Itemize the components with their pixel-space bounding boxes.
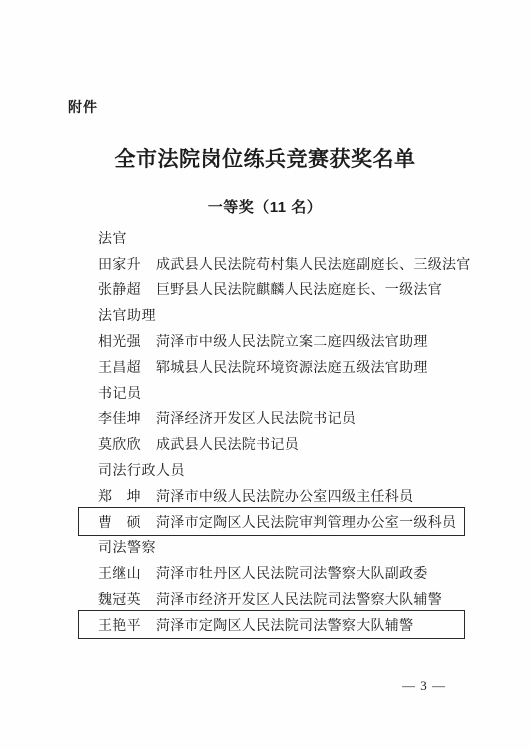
winner-position: 菏泽经济开发区人民法院书记员: [156, 408, 356, 428]
category-label: 法官: [98, 225, 478, 251]
category-label: 法官助理: [98, 302, 478, 328]
winner-name: 王继山: [98, 563, 141, 583]
award-entry: 莫欣欣成武县人民法院书记员: [98, 431, 478, 457]
award-entry: 魏冠英菏泽市经济开发区人民法院司法警察大队辅警: [98, 586, 478, 612]
winner-position: 成武县人民法院书记员: [156, 434, 299, 454]
winner-position: 菏泽市中级人民法院立案二庭四级法官助理: [156, 331, 428, 351]
winner-position: 菏泽市中级人民法院办公室四级主任科员: [156, 486, 413, 506]
winner-name: 张静超: [98, 279, 141, 299]
award-list: 法官田家升成武县人民法院苟村集人民法庭副庭长、三级法官张静超巨野县人民法院麒麟人…: [98, 225, 478, 638]
winner-position: 菏泽市定陶区人民法院司法警察大队辅警: [156, 615, 413, 635]
winner-name: 王艳平: [98, 615, 141, 635]
winner-position: 郓城县人民法院环境资源法庭五级法官助理: [156, 357, 428, 377]
category-label: 司法警察: [98, 535, 478, 561]
award-entry: 王继山菏泽市牡丹区人民法院司法警察大队副政委: [98, 560, 478, 586]
award-entry: 曹 硕菏泽市定陶区人民法院审判管理办公室一级科员: [98, 509, 478, 535]
winner-position: 成武县人民法院苟村集人民法庭副庭长、三级法官: [156, 254, 471, 274]
winner-name: 魏冠英: [98, 589, 141, 609]
award-entry: 田家升成武县人民法院苟村集人民法庭副庭长、三级法官: [98, 251, 478, 277]
document-page: 附件 全市法院岗位练兵竞赛获奖名单 一等奖（11 名） 法官田家升成武县人民法院…: [0, 0, 530, 749]
document-title: 全市法院岗位练兵竞赛获奖名单: [0, 143, 530, 173]
winner-name: 王昌超: [98, 357, 141, 377]
award-entry: 相光强菏泽市中级人民法院立案二庭四级法官助理: [98, 328, 478, 354]
award-entry: 王艳平菏泽市定陶区人民法院司法警察大队辅警: [98, 612, 478, 638]
attachment-label: 附件: [68, 97, 98, 117]
winner-name: 李佳坤: [98, 408, 141, 428]
winner-position: 菏泽市定陶区人民法院审判管理办公室一级科员: [156, 512, 456, 532]
award-entry: 王昌超郓城县人民法院环境资源法庭五级法官助理: [98, 354, 478, 380]
winner-position: 菏泽市牡丹区人民法院司法警察大队副政委: [156, 563, 428, 583]
winner-name: 田家升: [98, 254, 141, 274]
winner-position: 菏泽市经济开发区人民法院司法警察大队辅警: [156, 589, 442, 609]
category-label: 书记员: [98, 380, 478, 406]
page-number: — 3 —: [402, 678, 446, 694]
winner-name: 莫欣欣: [98, 434, 141, 454]
award-entry: 张静超巨野县人民法院麒麟人民法庭庭长、一级法官: [98, 277, 478, 303]
winner-name: 曹 硕: [98, 512, 141, 532]
winner-position: 巨野县人民法院麒麟人民法庭庭长、一级法官: [156, 279, 442, 299]
award-entry: 郑 坤菏泽市中级人民法院办公室四级主任科员: [98, 483, 478, 509]
winner-name: 郑 坤: [98, 486, 141, 506]
award-entry: 李佳坤菏泽经济开发区人民法院书记员: [98, 406, 478, 432]
winner-name: 相光强: [98, 331, 141, 351]
category-label: 司法行政人员: [98, 457, 478, 483]
prize-tier-heading: 一等奖（11 名）: [0, 196, 530, 217]
